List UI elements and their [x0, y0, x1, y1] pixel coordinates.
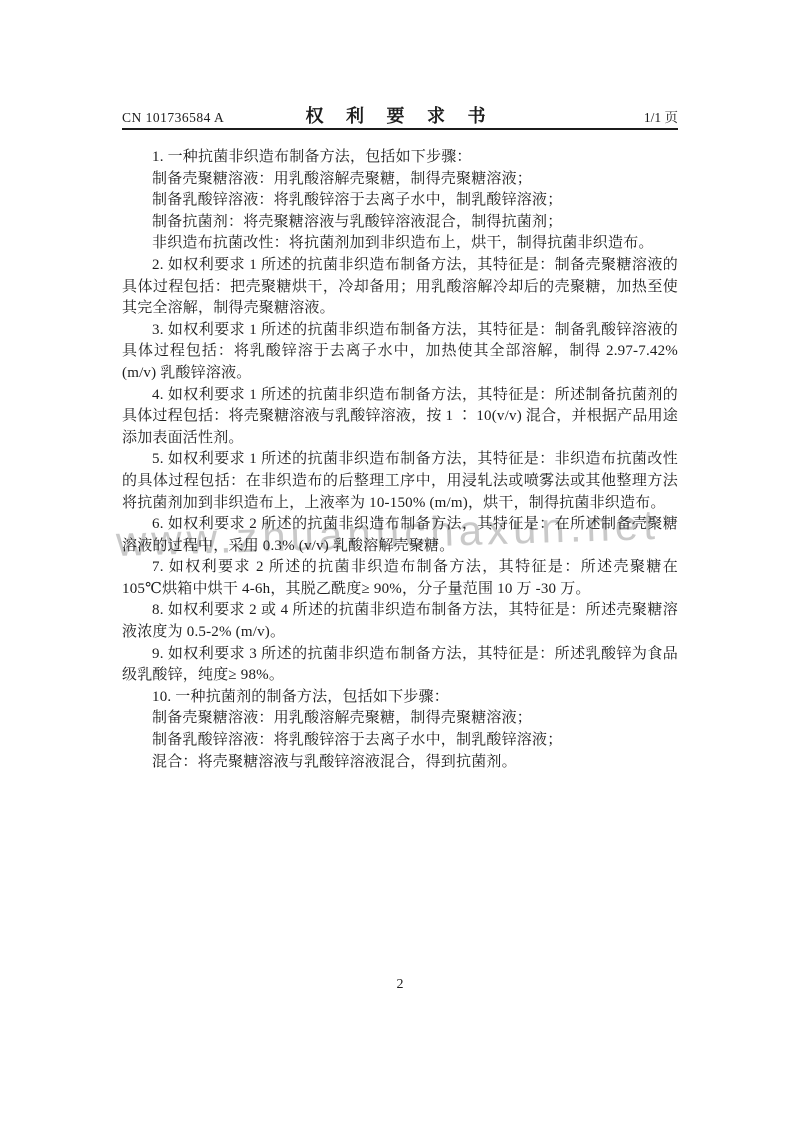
claim-6: 6. 如权利要求 2 所述的抗菌非织造布制备方法，其特征是：在所述制备壳聚糖溶液… [122, 514, 678, 557]
claim-7: 7. 如权利要求 2 所述的抗菌非织造布制备方法，其特征是：所述壳聚糖在 105… [122, 557, 678, 600]
claim-10-intro: 10. 一种抗菌剂的制备方法，包括如下步骤： [122, 687, 678, 709]
claim-2: 2. 如权利要求 1 所述的抗菌非织造布制备方法，其特征是：制备壳聚糖溶液的具体… [122, 255, 678, 320]
claim-1-intro: 1. 一种抗菌非织造布制备方法，包括如下步骤： [122, 147, 678, 169]
document-title: 权 利 要 求 书 [122, 102, 678, 128]
claim-3: 3. 如权利要求 1 所述的抗菌非织造布制备方法，其特征是：制备乳酸锌溶液的具体… [122, 320, 678, 385]
claims-body: 1. 一种抗菌非织造布制备方法，包括如下步骤： 制备壳聚糖溶液：用乳酸溶解壳聚糖… [122, 147, 678, 773]
header-divider [122, 128, 678, 130]
claim-9: 9. 如权利要求 3 所述的抗菌非织造布制备方法，其特征是：所述乳酸锌为食品级乳… [122, 644, 678, 687]
claim-1-step: 制备乳酸锌溶液：将乳酸锌溶于去离子水中，制乳酸锌溶液； [122, 190, 678, 212]
claim-1-step: 制备壳聚糖溶液：用乳酸溶解壳聚糖，制得壳聚糖溶液； [122, 169, 678, 191]
claim-10-step: 混合：将壳聚糖溶液与乳酸锌溶液混合，得到抗菌剂。 [122, 752, 678, 774]
claim-8: 8. 如权利要求 2 或 4 所述的抗菌非织造布制备方法，其特征是：所述壳聚糖溶… [122, 600, 678, 643]
patent-claims-page: CN 101736584 A 权 利 要 求 书 1/1 页 www.zhuan… [0, 0, 800, 1133]
claim-10-step: 制备壳聚糖溶液：用乳酸溶解壳聚糖，制得壳聚糖溶液； [122, 708, 678, 730]
claim-1-step: 非织造布抗菌改性：将抗菌剂加到非织造布上，烘干，制得抗菌非织造布。 [122, 233, 678, 255]
claim-1-step: 制备抗菌剂：将壳聚糖溶液与乳酸锌溶液混合，制得抗菌剂； [122, 212, 678, 234]
claim-4: 4. 如权利要求 1 所述的抗菌非织造布制备方法，其特征是：所述制备抗菌剂的具体… [122, 385, 678, 450]
page-indicator: 1/1 页 [644, 106, 678, 126]
page-header: CN 101736584 A 权 利 要 求 书 1/1 页 [122, 104, 678, 128]
claim-5: 5. 如权利要求 1 所述的抗菌非织造布制备方法，其特征是：非织造布抗菌改性的具… [122, 449, 678, 514]
page-number: 2 [0, 977, 800, 993]
claim-10-step: 制备乳酸锌溶液：将乳酸锌溶于去离子水中，制乳酸锌溶液； [122, 730, 678, 752]
